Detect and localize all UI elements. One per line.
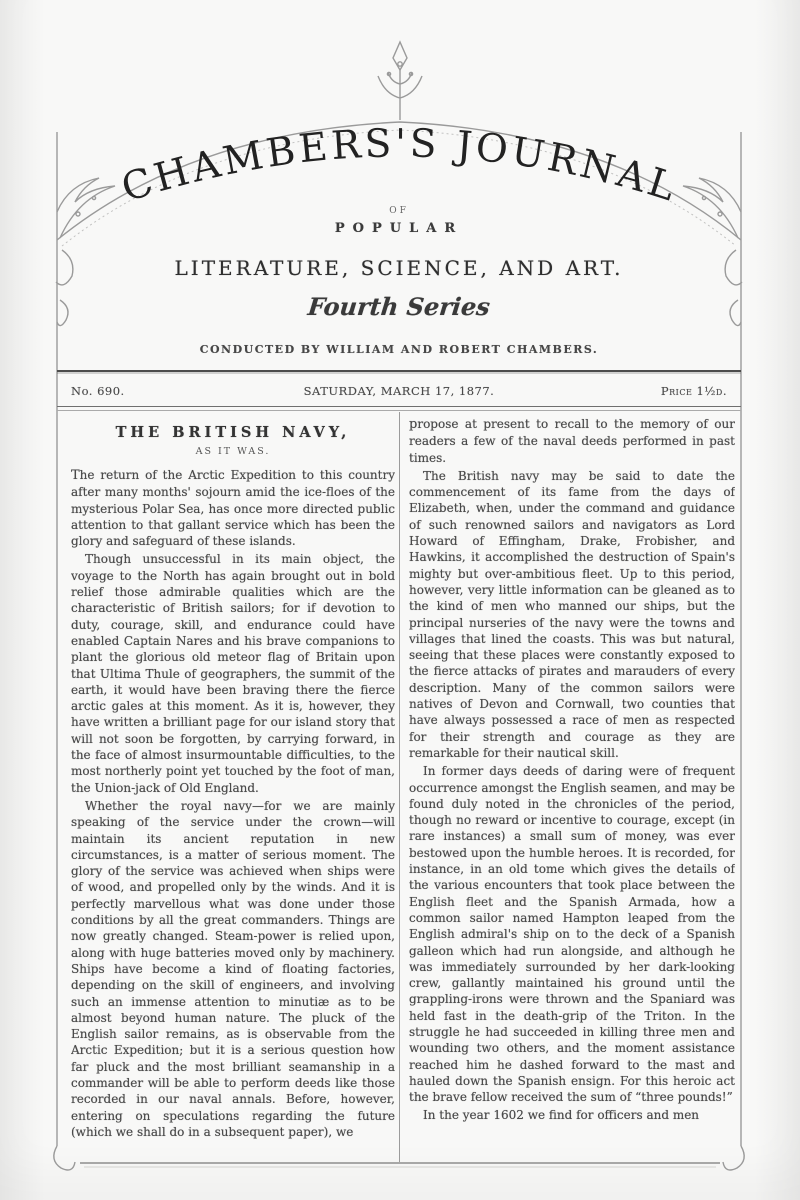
left-column: THE BRITISH NAVY, AS IT WAS. The return … [71, 410, 395, 1162]
column-divider-rule [399, 412, 400, 1162]
masthead-series: Fourth Series [55, 292, 742, 321]
paragraph: propose at present to recall to the memo… [409, 416, 735, 466]
masthead-title-arc: CHAMBERS'S JOURNAL [50, 92, 750, 222]
dateline: SATURDAY, MARCH 17, 1877. No. 690. Price… [57, 378, 741, 404]
paragraph: In former days deeds of daring were of f… [409, 763, 735, 1105]
paragraph: The British navy may be said to date the… [409, 468, 735, 761]
masthead-popular: POPULAR [57, 221, 741, 236]
issue-date: SATURDAY, MARCH 17, 1877. [57, 384, 741, 398]
paragraph: The return of the Arctic Expedition to t… [71, 467, 395, 549]
paragraph: Whether the royal navy—for we are mainly… [71, 798, 395, 1140]
svg-text:CHAMBERS'S JOURNAL: CHAMBERS'S JOURNAL [116, 121, 683, 211]
article-title: THE BRITISH NAVY, [71, 424, 395, 441]
article-body: THE BRITISH NAVY, AS IT WAS. The return … [57, 410, 741, 1162]
journal-page: CHAMBERS'S JOURNAL OF POPULAR LITERATURE… [0, 0, 800, 1200]
dateline-top-rule [57, 370, 741, 372]
masthead-title: CHAMBERS'S JOURNAL [116, 121, 683, 211]
paragraph: Though unsuccessful in its main object, … [71, 551, 395, 795]
right-column: propose at present to recall to the memo… [409, 410, 735, 1162]
paragraph: In the year 1602 we find for officers an… [409, 1107, 735, 1123]
masthead-conductors: CONDUCTED BY WILLIAM AND ROBERT CHAMBERS… [57, 343, 741, 356]
masthead-of-label: OF [57, 206, 741, 216]
masthead-subject: LITERATURE, SCIENCE, AND ART. [57, 256, 741, 280]
article-subtitle: AS IT WAS. [71, 446, 395, 457]
